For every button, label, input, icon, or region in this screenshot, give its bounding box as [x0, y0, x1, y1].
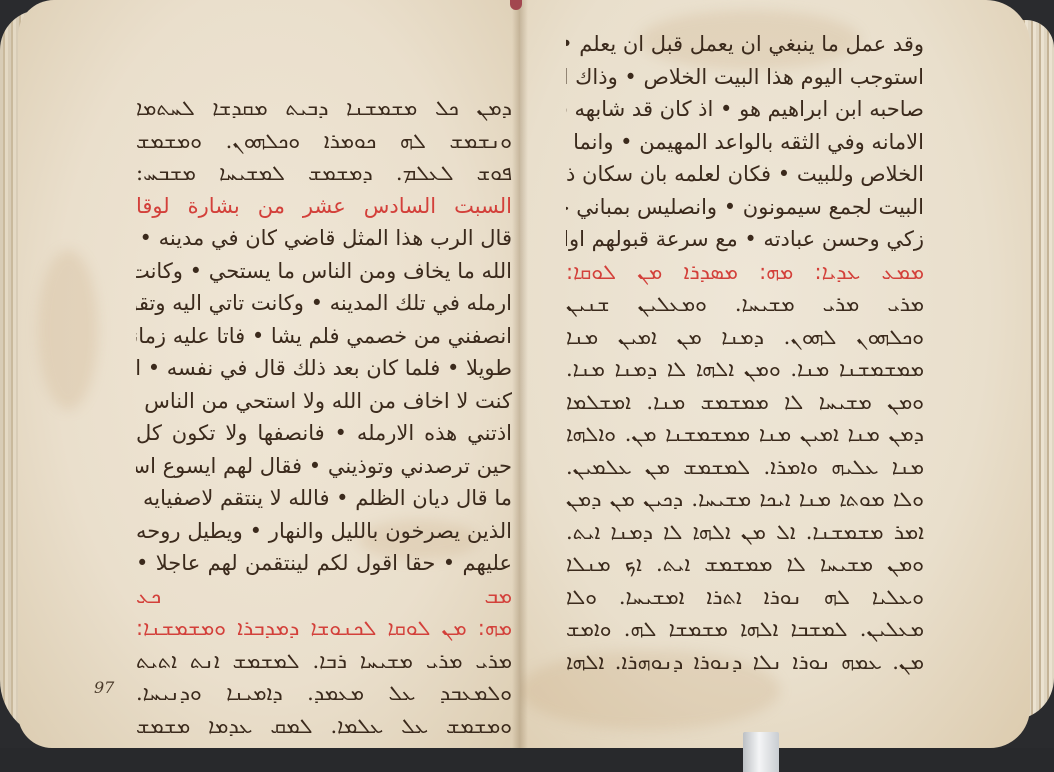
text-line: ܡܡܫܡܫܢܐ ܡܢܐ. ܘܡܢ ܐܠܗܐ ܠܐ ܕܡܢܐ ܡܢܐ. — [566, 353, 924, 386]
text-line: ܘܟܠܗܘܢ ܠܗܘܢ. ܕܡܢܐ ܡܢ ܐܡܝܢ ܡܢܐ — [566, 321, 924, 354]
text-line: ܐܡܪ ܡܫܡܫܢܐ. ܐܠ ܡܢ ܐܠܗܐ ܠܐ ܕܡܢܐ ܐܝܬ. — [566, 516, 924, 549]
right-page-text: وقد عمل ما ينبغي ان يعمل قبل ان يعلم • ف… — [566, 28, 924, 678]
text-line: الذين يصرخون بالليل والنهار • ويطيل روحه — [136, 515, 512, 548]
text-line: ܡܢܐ ܥܠܝܗ ܘܐܡܪܐ. ܠܡܫܡܫ ܡܢ ܥܠܡܝܢ. — [566, 451, 924, 484]
folio-number: 97 — [94, 678, 114, 697]
text-line: ܡܪܝ ܡܪܝ ܡܫܝܚܐ. ܘܡܥܠܝܢ ܫܢܝܢ — [566, 288, 924, 321]
text-line: ܦܘܫ ܠܥܠܡ. ܕܡܫܡܫ ܠܡܫܝܚܐ ܡܫܒܚ: — [136, 157, 512, 190]
text-line: ܡܢ. ܥܡܗ ܢܘܪܐ ܢܠܐ ܕܢܘܪܐ ܕܢܘܗܪܐ. ܐܠܗܐ — [566, 646, 924, 679]
text-line: البيت لجمع سيمونون • وانصليس بمباني حرص — [566, 191, 924, 224]
text-line: الله ما يخاف ومن الناس ما يستحي • وكانت … — [136, 255, 512, 288]
right-page: وقد عمل ما ينبغي ان يعمل قبل ان يعلم • ف… — [520, 0, 1030, 748]
text-line: الامانه وفي الثقه بالواعد المهيمن • وانم… — [566, 126, 924, 159]
text-line: قال الرب هذا المثل قاضي كان في مدينه • م… — [136, 222, 512, 255]
text-line: استوجب اليوم هذا البيت الخلاص • وذاك ان — [566, 61, 924, 94]
text-line: ܡܒ ܟܥ — [136, 580, 512, 613]
text-line: وقد عمل ما ينبغي ان يعمل قبل ان يعلم • ف… — [566, 28, 924, 61]
text-line: ܘܡܫܡܫ ܥܠ ܥܠܡܐ. ܠܡܩ ܥܕܡܐ ܡܫܡܫ — [136, 710, 512, 743]
text-line: ܡܡܥ ܥܕܝܐ: ܡܗ: ܡܣܕܪܐ ܡܢ ܠܘܩܐ: — [566, 256, 924, 289]
text-line: ܘܢܫܡܫ ܠܗ ܟܘܡܪܐ ܘܟܠܗܘܢ. ܘܡܫܡܫ — [136, 125, 512, 158]
text-line: كنت لا اخاف من الله ولا استحي من الناس •… — [136, 385, 512, 418]
text-line: السبت السادس عشر من بشارة لوقا — [136, 190, 512, 223]
text-line: ܕܡܢ ܡܢܐ ܐܡܝܢ ܡܢܐ ܡܡܫܡܫܢܐ ܡܢ. ܘܐܠܗܐ — [566, 418, 924, 451]
text-line: ܘܡܢ ܡܫܝܚܐ ܠܐ ܡܡܫܡܫ ܡܢܐ. ܐܡܫܠܡܐ — [566, 386, 924, 419]
text-line: طويلا • فلما كان بعد ذلك قال في نفسه • ا… — [136, 352, 512, 385]
text-line: ܘܠܡܥܒܕ ܥܠ ܡܥܡܕ. ܕܐܡܝܢܐ ܘܕܢܝܚܐ. — [136, 677, 512, 710]
stain — [38, 250, 98, 410]
left-page-text: ܕܡܢ ܟܠ ܡܫܡܫܢܐ ܕܒܝܬ ܡܩܕܫܐ ܠܚܬܡܐܘܢܫܡܫ ܠܗ ܟ… — [136, 92, 512, 748]
text-line: اذتني هذه الارمله • فانصفها ولا تكون كل — [136, 417, 512, 450]
text-line: ܘܡܢ ܡܫܝܚܐ ܠܐ ܡܡܫܡܫ ܐܝܬ. ܐܟ ܡܢܠܐ — [566, 548, 924, 581]
support-surface — [0, 748, 1054, 772]
text-line: ما قال ديان الظلم • فالله لا ينتقم لاصفي… — [136, 482, 512, 515]
left-page: ܕܡܢ ܟܠ ܡܫܡܫܢܐ ܕܒܝܬ ܡܩܕܫܐ ܠܚܬܡܐܘܢܫܡܫ ܠܗ ܟ… — [18, 0, 520, 748]
text-line: عليهم • حقا اقول لكم لينتقمن لهم عاجلا • — [136, 547, 512, 580]
text-line: صاحبه ابن ابراهيم هو • اذ كان قد شابهه ف… — [566, 93, 924, 126]
gutter — [512, 0, 528, 760]
text-line: انصفني من خصمي فلم يشا • فاتا عليه زمانا — [136, 320, 512, 353]
text-line: الخلاص وللبيت • فكان لعلمه بان سكان ذلك — [566, 158, 924, 191]
text-line: ܘܥܠܝܐ ܠܗ ܢܘܪܐ ܐܬܪܐ ܐܡܫܝܚܐ. ܘܠܐ — [566, 581, 924, 614]
text-line: زكي وحسن عبادته • مع سرعة قبولهم اوامر ا… — [566, 223, 924, 256]
text-line: ارمله في تلك المدينه • وكانت تاتي اليه و… — [136, 287, 512, 320]
text-line: حين ترصدني وتوذيني • فقال لهم ايسوع اسمع… — [136, 450, 512, 483]
text-line: ܡܥܠܝܢ. ܠܡܫܒܐ ܐܠܗܐ ܡܫܡܫܐ ܠܗ. ܘܐܡܫ — [566, 613, 924, 646]
text-line: ܕܡܢ ܟܠ ܡܫܡܫܢܐ ܕܒܝܬ ܡܩܕܫܐ ܠܚܬܡܐ — [136, 92, 512, 125]
page-clip — [743, 732, 779, 772]
text-line: ܡܪܝ ܡܪܝ ܡܫܝܚܐ ܪܒܐ. ܠܡܫܡܫ ܐܢܬ ܐܬܝܬ — [136, 645, 512, 678]
text-line: ܘܠܐ ܡܘܬܐ ܡܢܐ ܐܝܟܐ ܡܫܝܚܐ. ܕܟܝܢ ܡܢ ܕܡܢ — [566, 483, 924, 516]
text-line: ܡܗ: ܡܢ ܠܘܩܐ ܠܟܢܘܫܐ ܕܡܕܒܪܐ ܘܡܫܡܫܢܐ: — [136, 612, 512, 645]
open-manuscript: ܕܡܢ ܟܠ ܡܫܡܫܢܐ ܕܒܝܬ ܡܩܕܫܐ ܠܚܬܡܐܘܢܫܡܫ ܠܗ ܟ… — [0, 0, 1054, 772]
